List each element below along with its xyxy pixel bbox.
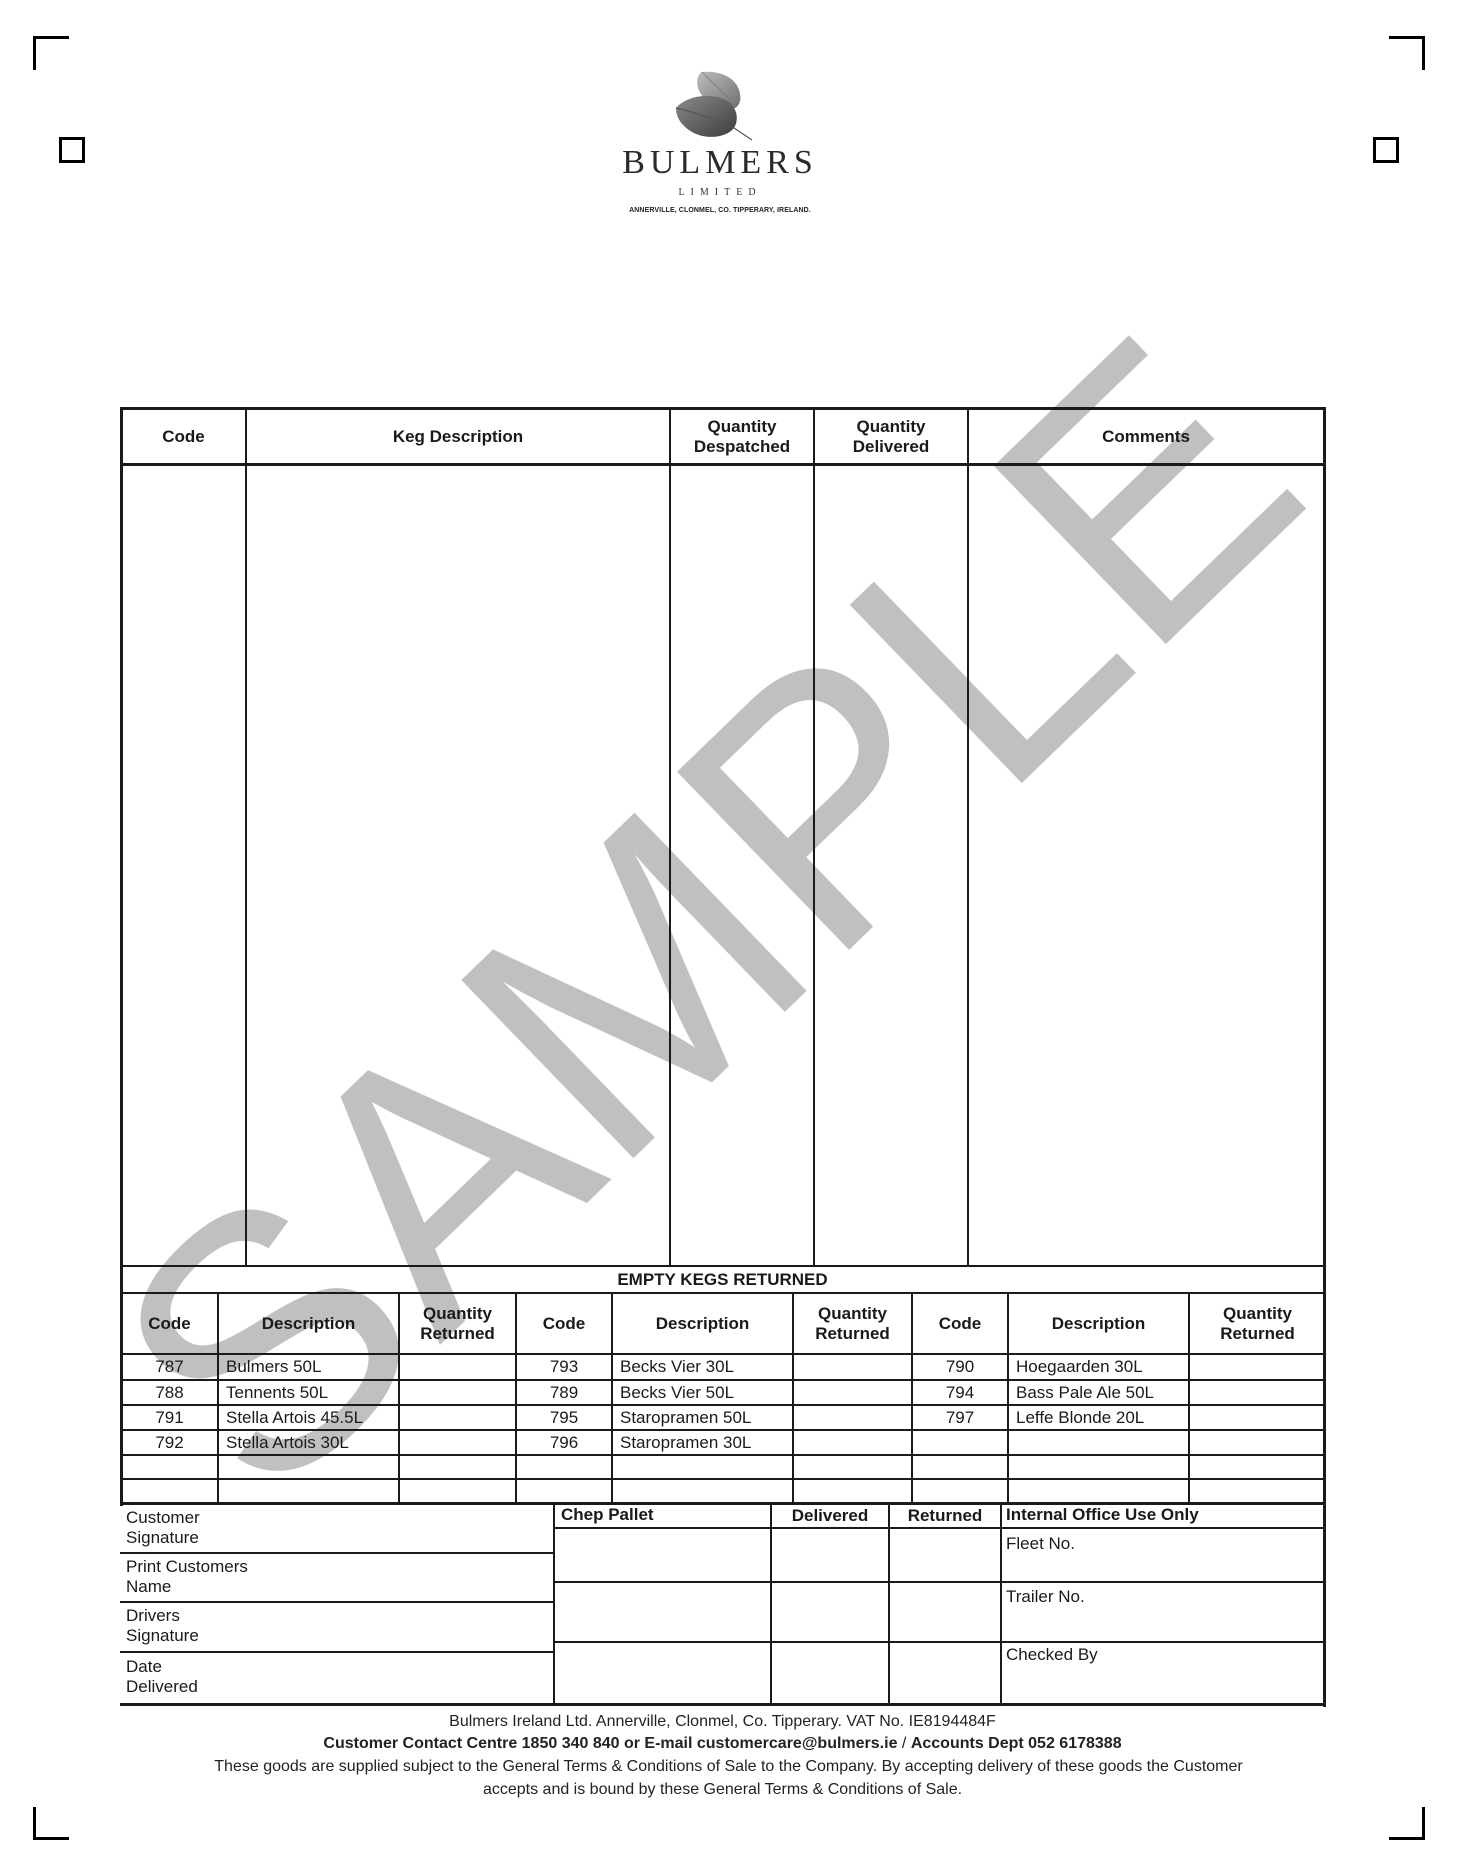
keg-description-cell [1009, 1480, 1188, 1503]
keg-code-cell: 789 [517, 1381, 611, 1404]
keg-code-cell: 791 [122, 1406, 217, 1429]
chep-pallet-header: Chep Pallet [561, 1505, 654, 1525]
column-header-code: Code [122, 1295, 217, 1353]
fleet-no-field[interactable]: Fleet No. [1006, 1534, 1322, 1580]
quantity-despatched-column-body[interactable] [671, 466, 813, 1266]
chep-pallet-row-3[interactable] [555, 1644, 770, 1703]
keg-description-cell: Bulmers 50L [219, 1355, 398, 1379]
keg-description-cell: Becks Vier 30L [613, 1355, 792, 1379]
footer-terms-line-2: accepts and is bound by these General Te… [120, 1779, 1325, 1801]
keg-description-cell: Staropramen 30L [613, 1431, 792, 1454]
column-header-comments: Comments [969, 410, 1323, 464]
quantity-returned-input[interactable] [400, 1480, 515, 1503]
keg-description-cell: Leffe Blonde 20L [1009, 1406, 1188, 1429]
keg-description-cell: Tennents 50L [219, 1381, 398, 1404]
column-header-description: Description [613, 1295, 792, 1353]
keg-description-cell: Stella Artois 30L [219, 1431, 398, 1454]
column-header-quantity-delivered: Quantity Delivered [815, 410, 967, 464]
registration-square-right [1373, 137, 1399, 163]
brand-name: BULMERS [560, 143, 880, 183]
keg-code-cell: 788 [122, 1381, 217, 1404]
quantity-returned-input[interactable] [794, 1480, 911, 1503]
keg-description-cell [219, 1480, 398, 1503]
keg-code-cell [517, 1480, 611, 1503]
keg-code-cell [913, 1480, 1007, 1503]
column-header-description: Description [219, 1295, 398, 1353]
keg-description-cell: Staropramen 50L [613, 1406, 792, 1429]
chep-returned-row-3[interactable] [890, 1644, 1000, 1703]
column-header-code: Code [913, 1295, 1007, 1353]
chep-delivered-header: Delivered [772, 1504, 888, 1527]
keg-code-cell: 796 [517, 1431, 611, 1454]
keg-description-cell: Becks Vier 50L [613, 1381, 792, 1404]
quantity-returned-input[interactable] [400, 1355, 515, 1379]
keg-description-cell: Hoegaarden 30L [1009, 1355, 1188, 1379]
chep-delivered-row-1[interactable] [772, 1530, 888, 1581]
keg-code-cell: 795 [517, 1406, 611, 1429]
keg-description-cell [219, 1456, 398, 1478]
empty-kegs-title: EMPTY KEGS RETURNED [122, 1267, 1323, 1293]
column-header-quantity-returned: QuantityReturned [1190, 1295, 1325, 1353]
keg-code-cell [517, 1456, 611, 1478]
quantity-returned-input[interactable] [400, 1431, 515, 1454]
chep-returned-row-2[interactable] [890, 1584, 1000, 1641]
crop-mark-bottom-left [33, 1807, 69, 1840]
column-header-code: Code [517, 1295, 611, 1353]
drivers-signature-field[interactable]: Drivers Signature [126, 1606, 546, 1650]
crop-mark-bottom-right [1389, 1807, 1425, 1840]
print-customers-name-field[interactable]: Print Customers Name [126, 1557, 546, 1601]
chep-returned-header: Returned [890, 1504, 1000, 1527]
column-header-quantity-returned: QuantityReturned [794, 1295, 911, 1353]
quantity-returned-input[interactable] [794, 1355, 911, 1379]
keg-code-cell [122, 1456, 217, 1478]
column-header-description: Description [1009, 1295, 1188, 1353]
keg-code-cell: 792 [122, 1431, 217, 1454]
brand-address: ANNERVILLE, CLONMEL, CO. TIPPERARY, IREL… [560, 206, 880, 216]
quantity-returned-input[interactable] [400, 1381, 515, 1404]
footer-terms-line-1: These goods are supplied subject to the … [60, 1756, 1397, 1778]
keg-code-cell [122, 1480, 217, 1503]
chep-pallet-row-2[interactable] [555, 1584, 770, 1641]
keg-description-cell [613, 1480, 792, 1503]
date-delivered-field[interactable]: Date Delivered [126, 1657, 546, 1701]
trailer-no-field[interactable]: Trailer No. [1006, 1587, 1322, 1639]
quantity-returned-input[interactable] [1190, 1431, 1325, 1454]
quantity-returned-input[interactable] [794, 1381, 911, 1404]
keg-code-cell [913, 1431, 1007, 1454]
quantity-returned-input[interactable] [794, 1431, 911, 1454]
keg-code-column-body[interactable] [123, 466, 245, 1266]
keg-description-cell: Bass Pale Ale 50L [1009, 1381, 1188, 1404]
footer-address: Bulmers Ireland Ltd. Annerville, Clonmel… [120, 1711, 1325, 1733]
quantity-returned-input[interactable] [1190, 1381, 1325, 1404]
quantity-returned-input[interactable] [1190, 1480, 1325, 1503]
chep-returned-row-1[interactable] [890, 1530, 1000, 1581]
keg-code-cell [913, 1456, 1007, 1478]
customer-signature-field[interactable]: Customer Signature [126, 1508, 546, 1552]
chep-delivered-row-3[interactable] [772, 1644, 888, 1703]
comments-column-body[interactable] [969, 466, 1323, 1266]
column-header-quantity-returned: QuantityReturned [400, 1295, 515, 1353]
keg-code-cell: 790 [913, 1355, 1007, 1379]
quantity-delivered-column-body[interactable] [815, 466, 967, 1266]
registration-square-left [59, 137, 85, 163]
keg-code-cell: 787 [122, 1355, 217, 1379]
quantity-returned-input[interactable] [1190, 1456, 1325, 1478]
keg-description-cell [1009, 1456, 1188, 1478]
quantity-returned-input[interactable] [400, 1456, 515, 1478]
keg-description-cell [613, 1456, 792, 1478]
column-header-quantity-despatched: Quantity Despatched [671, 410, 813, 464]
quantity-returned-input[interactable] [1190, 1406, 1325, 1429]
quantity-returned-input[interactable] [794, 1406, 911, 1429]
quantity-returned-input[interactable] [1190, 1355, 1325, 1379]
keg-description-cell: Stella Artois 45.5L [219, 1406, 398, 1429]
column-header-keg-description: Keg Description [247, 410, 669, 464]
leaf-icon [668, 70, 760, 144]
checked-by-field[interactable]: Checked By [1006, 1645, 1322, 1701]
keg-description-cell [1009, 1431, 1188, 1454]
brand-subtitle: LIMITED [560, 187, 880, 199]
chep-pallet-row-1[interactable] [555, 1530, 770, 1581]
keg-code-cell: 797 [913, 1406, 1007, 1429]
footer-contact: Customer Contact Centre 1850 340 840 or … [120, 1733, 1325, 1755]
keg-code-cell: 793 [517, 1355, 611, 1379]
quantity-returned-input[interactable] [794, 1456, 911, 1478]
crop-mark-top-left [33, 36, 69, 70]
chep-delivered-row-2[interactable] [772, 1584, 888, 1641]
internal-office-use-header: Internal Office Use Only [1006, 1505, 1199, 1525]
crop-mark-top-right [1389, 36, 1425, 70]
column-header-code: Code [122, 410, 245, 464]
keg-description-column-body[interactable] [247, 466, 669, 1266]
quantity-returned-input[interactable] [400, 1406, 515, 1429]
keg-code-cell: 794 [913, 1381, 1007, 1404]
